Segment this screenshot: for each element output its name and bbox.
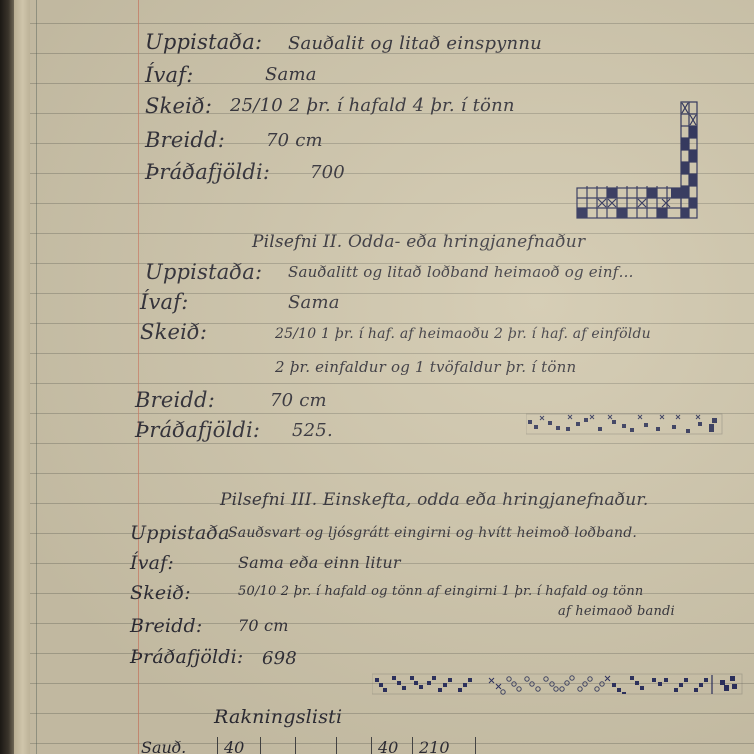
table-cell <box>261 737 296 754</box>
s1-uppistada-value: Sauðalit og litað einspynnu <box>288 33 542 54</box>
s3-heading: Pilsefni III. Einskefta, odda eða hringj… <box>220 490 648 510</box>
s1-thradafjoldi-value: 700 <box>310 162 345 183</box>
s2-uppistada-label: Uppistaða: <box>145 260 262 284</box>
s1-ivaf-value: Sama <box>265 64 317 85</box>
s1-breidd-label: Breidd: <box>145 128 225 152</box>
s1-skeid-value: 25/10 2 þr. í hafald 4 þr. í tönn <box>230 95 515 116</box>
s3-skeid-value: 50/10 2 þr. í hafald og tönn af eingirni… <box>238 584 643 599</box>
s1-ivaf-label: Ívaf: <box>145 63 194 87</box>
s3-ivaf-value: Sama eða einn litur <box>238 553 401 572</box>
s2-ivaf-value: Sama <box>288 292 340 313</box>
s1-breidd-value: 70 cm <box>266 130 323 151</box>
table-cell: 40 <box>218 737 261 754</box>
s3-breidd-label: Breidd: <box>130 615 203 637</box>
s1-skeid-label: Skeið: <box>145 94 212 118</box>
s2-skeid-value-line1: 25/10 1 þr. í haf. af heimaoðu 2 þr. í h… <box>275 326 651 342</box>
table-cell: 210 <box>413 737 476 754</box>
s2-heading: Pilsefni II. Odda- eða hringjanefnaður <box>252 232 585 252</box>
s3-uppistada-value: Sauðsvart og ljósgrátt eingirni og hvítt… <box>228 525 637 541</box>
s2-thradafjoldi-value: 525. <box>292 420 333 441</box>
s3-breidd-value: 70 cm <box>238 616 289 635</box>
s2-skeid-label: Skeið: <box>140 320 207 344</box>
margin-line <box>138 0 139 754</box>
table-row: Sauð. 40 40 210 <box>135 737 476 754</box>
s2-breidd-label: Breidd: <box>135 388 215 412</box>
left-rule-line <box>36 0 37 754</box>
s2-uppistada-value: Sauðalitt og litað loðband heimaoð og ei… <box>288 263 634 281</box>
table-cell <box>296 737 337 754</box>
table-cell: 40 <box>372 737 413 754</box>
weave-pattern-zigzag-band <box>372 670 744 698</box>
s3-thradafjoldi-value: 698 <box>262 648 297 669</box>
s3-skeid-label: Skeið: <box>130 582 191 604</box>
row-label: Sauð. <box>135 737 218 754</box>
s3-uppistada-label: Uppistaða <box>130 522 230 544</box>
weave-pattern-corner-grid <box>575 100 701 220</box>
reckoning-table: Sauð. 40 40 210 <box>135 737 476 754</box>
notebook-page: Uppistaða: Sauðalit og litað einspynnu Í… <box>30 0 754 754</box>
s3-ivaf-label: Ívaf: <box>130 552 174 574</box>
s2-ivaf-label: Ívaf: <box>140 290 189 314</box>
reckoning-heading: Rakningslisti <box>214 706 342 728</box>
s2-skeid-value-line2: 2 þr. einfaldur og 1 tvöfaldur þr. í tön… <box>275 358 576 376</box>
s2-breidd-value: 70 cm <box>270 390 327 411</box>
book-binding <box>0 0 14 754</box>
s1-uppistada-label: Uppistaða: <box>145 30 262 54</box>
table-cell <box>337 737 372 754</box>
s3-thradafjoldi-label: Þráðafjöldi: <box>130 646 244 668</box>
s3-skeid-note: af heimaoð bandi <box>558 604 675 619</box>
s1-thradafjoldi-label: Þráðafjöldi: <box>145 160 270 184</box>
s2-thradafjoldi-label: Þráðafjöldi: <box>135 418 260 442</box>
weave-pattern-diamond-band <box>526 412 726 436</box>
